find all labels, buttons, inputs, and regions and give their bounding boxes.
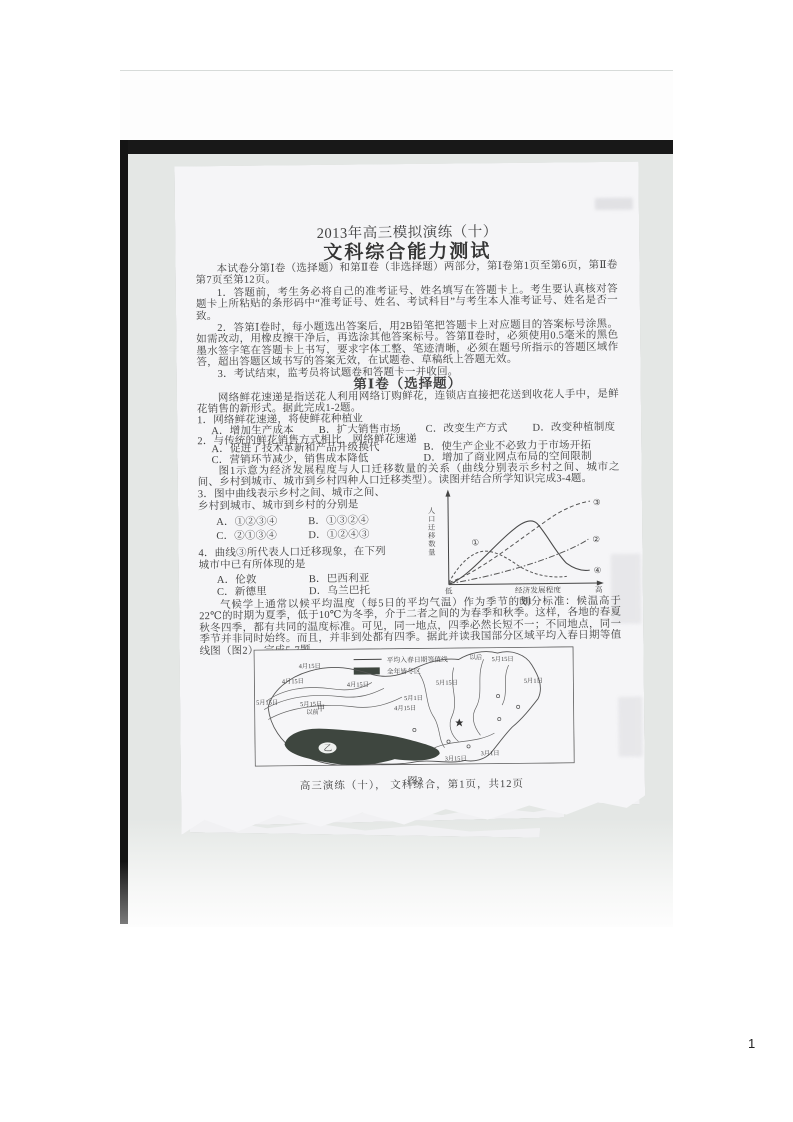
bleedthrough-smudge <box>618 697 643 757</box>
figure2-map: 平均入春日期等值线 全年皆冬区 <box>254 646 575 788</box>
q4-option-a: A．伦敦 <box>217 574 309 586</box>
x-axis-high-label: 高 <box>595 584 603 594</box>
exam-notice-1: 1．答题前，考生务必将自己的准考证号、姓名填写在答题卡上。考生要认真核对答题卡上… <box>196 284 618 323</box>
curve-2 <box>448 539 588 583</box>
exam-intro: 本试卷分第Ⅰ卷（选择题）和第Ⅱ卷（非选择题）两部分，第Ⅰ卷第1页至第6页，第Ⅱ卷… <box>195 260 617 287</box>
q4-option-d: D．乌兰巴托 <box>309 585 370 597</box>
question-3-options-row1: A．①②③④ B．①③②④ <box>198 515 444 529</box>
question-3-4-with-figure1: 3．图中曲线表示乡村之间、城市之间、 乡村到城市、城市到乡村的分别是 A．①②③… <box>198 483 621 603</box>
figure2-plot: 平均入春日期等值线 全年皆冬区 <box>254 646 575 766</box>
isoline-date-label: 3月1日 <box>481 749 500 757</box>
question-4-stem-line2: 城市中已有所体现的是 <box>199 558 427 572</box>
isoline-date-label: 5月15日 <box>492 655 514 663</box>
y-axis-arrow <box>445 490 450 497</box>
figure1-y-axis-label: 人口迁移数量 <box>426 507 438 557</box>
q4-option-c: C．新德里 <box>217 586 309 598</box>
q4-option-b: B．巴西利亚 <box>309 573 370 585</box>
legend-winter-symbol <box>354 667 380 674</box>
q3-option-a: A．①②③④ <box>216 516 308 528</box>
figure1-plot: ① ② ③ ④ 低 经济发展程度 高 图1 <box>426 483 613 607</box>
bleedthrough-smudge <box>595 198 633 210</box>
isoline-date-label: 4月15日 <box>394 704 416 712</box>
region-label-yi: 乙 <box>324 743 333 753</box>
exam-notice-2: 2．答第Ⅰ卷时，每小题选出答案后，用2B铅笔把答题卡上对应题目的答案标号涂黑。如… <box>196 319 618 369</box>
page: { "page": { "title": "河北省故城县高三文综模拟演练试题（十… <box>0 0 793 1122</box>
curve-2-label: ② <box>592 534 600 544</box>
isoline-date-label: 5月1日 <box>404 694 423 702</box>
region-label-jia: 甲 <box>317 704 325 713</box>
document-page-number: 1 <box>748 1036 755 1051</box>
isoline-date-label: 3月15日 <box>445 754 467 762</box>
curve-4 <box>448 520 590 584</box>
scanned-image: 2013年高三模拟演练（十） 文科综合能力测试 本试卷分第Ⅰ卷（选择题）和第Ⅱ卷… <box>120 70 673 927</box>
x-axis-title: 经济发展程度 <box>515 584 562 594</box>
x-axis-low-label: 低 <box>445 587 453 596</box>
question-4-options-row2: C．新德里 D．乌兰巴托 <box>199 585 445 599</box>
isoline-date-label: 4月15日 <box>347 680 369 688</box>
isoline-date-label: 5月15日 <box>436 679 458 687</box>
curve-1-label: ① <box>471 537 479 547</box>
curve-4-label: ④ <box>594 565 602 575</box>
isoline-date-label: 4月15日 <box>299 662 321 670</box>
question-3-stem-line2: 乡村到城市、城市到乡村的分别是 <box>198 499 426 513</box>
y-axis <box>448 495 449 585</box>
question-3-4-column: 3．图中曲线表示乡村之间、城市之间、 乡村到城市、城市到乡村的分别是 A．①②③… <box>198 485 427 603</box>
question-3-options-row2: C．②①③④ D．①②④③ <box>198 529 444 543</box>
curve-1 <box>449 550 567 582</box>
q3-option-b: B．①③②④ <box>308 515 369 527</box>
curve-3-label: ③ <box>593 497 601 507</box>
isoline-date-label: 5月15日 <box>256 698 278 706</box>
scan-top-black-edge <box>120 140 673 154</box>
isoline-date-label: 5月1日 <box>524 677 543 685</box>
x-axis <box>449 583 599 585</box>
exam-paper: 2013年高三模拟演练（十） 文科综合能力测试 本试卷分第Ⅰ卷（选择题）和第Ⅱ卷… <box>174 162 645 845</box>
isoline-date-label: 以后 <box>470 652 483 661</box>
scan-left-black-edge <box>120 140 128 924</box>
q3-option-c: C．②①③④ <box>216 530 308 542</box>
figure1-migration-chart: 人口迁移数量 ① ② <box>426 483 621 607</box>
q3-option-d: D．①②④③ <box>308 529 369 541</box>
isoline-date-label: 4月15日 <box>282 677 304 685</box>
